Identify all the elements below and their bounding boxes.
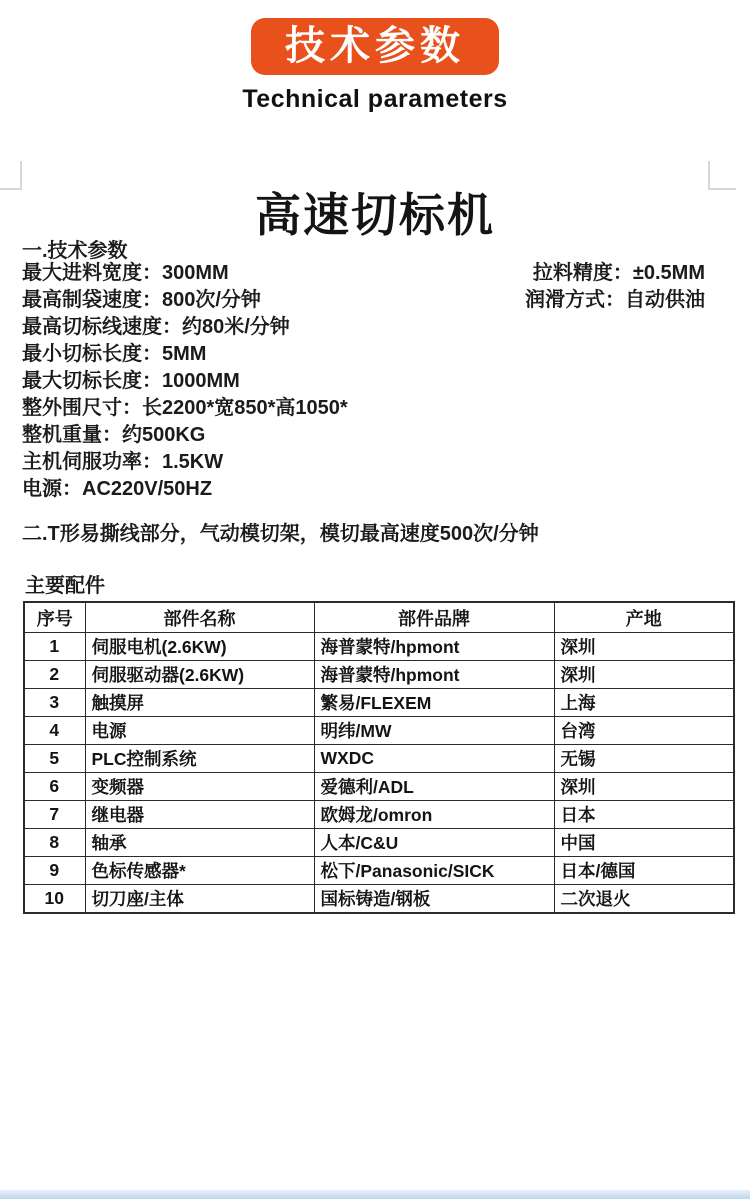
spec-line: 主机伺服功率：1.5KW [22, 449, 348, 476]
cell-brand: 国标铸造/钢板 [314, 885, 554, 914]
cell-index: 6 [24, 773, 85, 801]
table-row: 6 变频器 爱德利/ADL 深圳 [24, 773, 734, 801]
cell-index: 7 [24, 801, 85, 829]
spec-line: 最高切标线速度：约80米/分钟 [22, 314, 348, 341]
spec-line: 整外围尺寸：长2200*宽850*高1050* [22, 395, 348, 422]
cell-brand: 松下/Panasonic/SICK [314, 857, 554, 885]
table-row: 3 触摸屏 繁易/FLEXEM 上海 [24, 689, 734, 717]
table-row: 5 PLC控制系统 WXDC 无锡 [24, 745, 734, 773]
cell-origin: 日本/德国 [554, 857, 734, 885]
parts-table: 序号 部件名称 部件品牌 产地 1 伺服电机(2.6KW) 海普蒙特/hpmon… [23, 601, 735, 914]
cell-origin: 深圳 [554, 633, 734, 661]
col-header-part-name: 部件名称 [85, 602, 314, 633]
spec-line: 润滑方式：自动供油 [525, 287, 705, 314]
cell-origin: 深圳 [554, 661, 734, 689]
cell-origin: 上海 [554, 689, 734, 717]
cell-index: 3 [24, 689, 85, 717]
cell-part-name: 变频器 [85, 773, 314, 801]
spec-line: 最大进料宽度：300MM [22, 260, 348, 287]
spec-line: 最高制袋速度：800次/分钟 [22, 287, 348, 314]
cell-part-name: 伺服驱动器(2.6KW) [85, 661, 314, 689]
spec-line: 最大切标长度：1000MM [22, 368, 348, 395]
spec-line: 最小切标长度：5MM [22, 341, 348, 368]
cell-brand: WXDC [314, 745, 554, 773]
table-row: 4 电源 明纬/MW 台湾 [24, 717, 734, 745]
spec-line: 整机重量：约500KG [22, 422, 348, 449]
table-row: 10 切刀座/主体 国标铸造/钢板 二次退火 [24, 885, 734, 914]
table-row: 1 伺服电机(2.6KW) 海普蒙特/hpmont 深圳 [24, 633, 734, 661]
cell-part-name: 继电器 [85, 801, 314, 829]
cell-origin: 中国 [554, 829, 734, 857]
table-row: 2 伺服驱动器(2.6KW) 海普蒙特/hpmont 深圳 [24, 661, 734, 689]
cell-brand: 爱德利/ADL [314, 773, 554, 801]
cell-brand: 繁易/FLEXEM [314, 689, 554, 717]
cell-part-name: PLC控制系统 [85, 745, 314, 773]
cell-part-name: 色标传感器* [85, 857, 314, 885]
cell-origin: 日本 [554, 801, 734, 829]
section1-heading: 一.技术参数 [22, 234, 128, 263]
spec-list-right: 拉料精度：±0.5MM 润滑方式：自动供油 [525, 260, 705, 314]
spec-line: 拉料精度：±0.5MM [525, 260, 705, 287]
cell-index: 10 [24, 885, 85, 914]
spec-list-left: 最大进料宽度：300MM 最高制袋速度：800次/分钟 最高切标线速度：约80米… [22, 260, 348, 503]
cell-brand: 欧姆龙/omron [314, 801, 554, 829]
cell-index: 5 [24, 745, 85, 773]
col-header-index: 序号 [24, 602, 85, 633]
cell-index: 8 [24, 829, 85, 857]
cell-index: 4 [24, 717, 85, 745]
cell-part-name: 触摸屏 [85, 689, 314, 717]
banner-title: 技术参数 [251, 18, 499, 75]
parts-heading: 主要配件 [25, 569, 105, 598]
table-header-row: 序号 部件名称 部件品牌 产地 [24, 602, 734, 633]
col-header-origin: 产地 [554, 602, 734, 633]
bottom-accent-bar [0, 1190, 750, 1199]
cell-brand: 明纬/MW [314, 717, 554, 745]
col-header-brand: 部件品牌 [314, 602, 554, 633]
cell-brand: 海普蒙特/hpmont [314, 633, 554, 661]
cell-index: 1 [24, 633, 85, 661]
section2-heading: 二.T形易撕线部分，气动模切架，模切最高速度500次/分钟 [22, 517, 539, 546]
cell-index: 9 [24, 857, 85, 885]
table-row: 8 轴承 人本/C&U 中国 [24, 829, 734, 857]
cell-index: 2 [24, 661, 85, 689]
table-row: 9 色标传感器* 松下/Panasonic/SICK 日本/德国 [24, 857, 734, 885]
cell-origin: 二次退火 [554, 885, 734, 914]
cell-part-name: 轴承 [85, 829, 314, 857]
spec-line: 电源：AC220V/50HZ [22, 476, 348, 503]
cell-origin: 台湾 [554, 717, 734, 745]
cell-brand: 人本/C&U [314, 829, 554, 857]
cell-origin: 深圳 [554, 773, 734, 801]
cell-part-name: 切刀座/主体 [85, 885, 314, 914]
cell-brand: 海普蒙特/hpmont [314, 661, 554, 689]
cell-part-name: 电源 [85, 717, 314, 745]
banner-subtitle: Technical parameters [0, 85, 750, 114]
table-row: 7 继电器 欧姆龙/omron 日本 [24, 801, 734, 829]
cell-origin: 无锡 [554, 745, 734, 773]
cell-part-name: 伺服电机(2.6KW) [85, 633, 314, 661]
